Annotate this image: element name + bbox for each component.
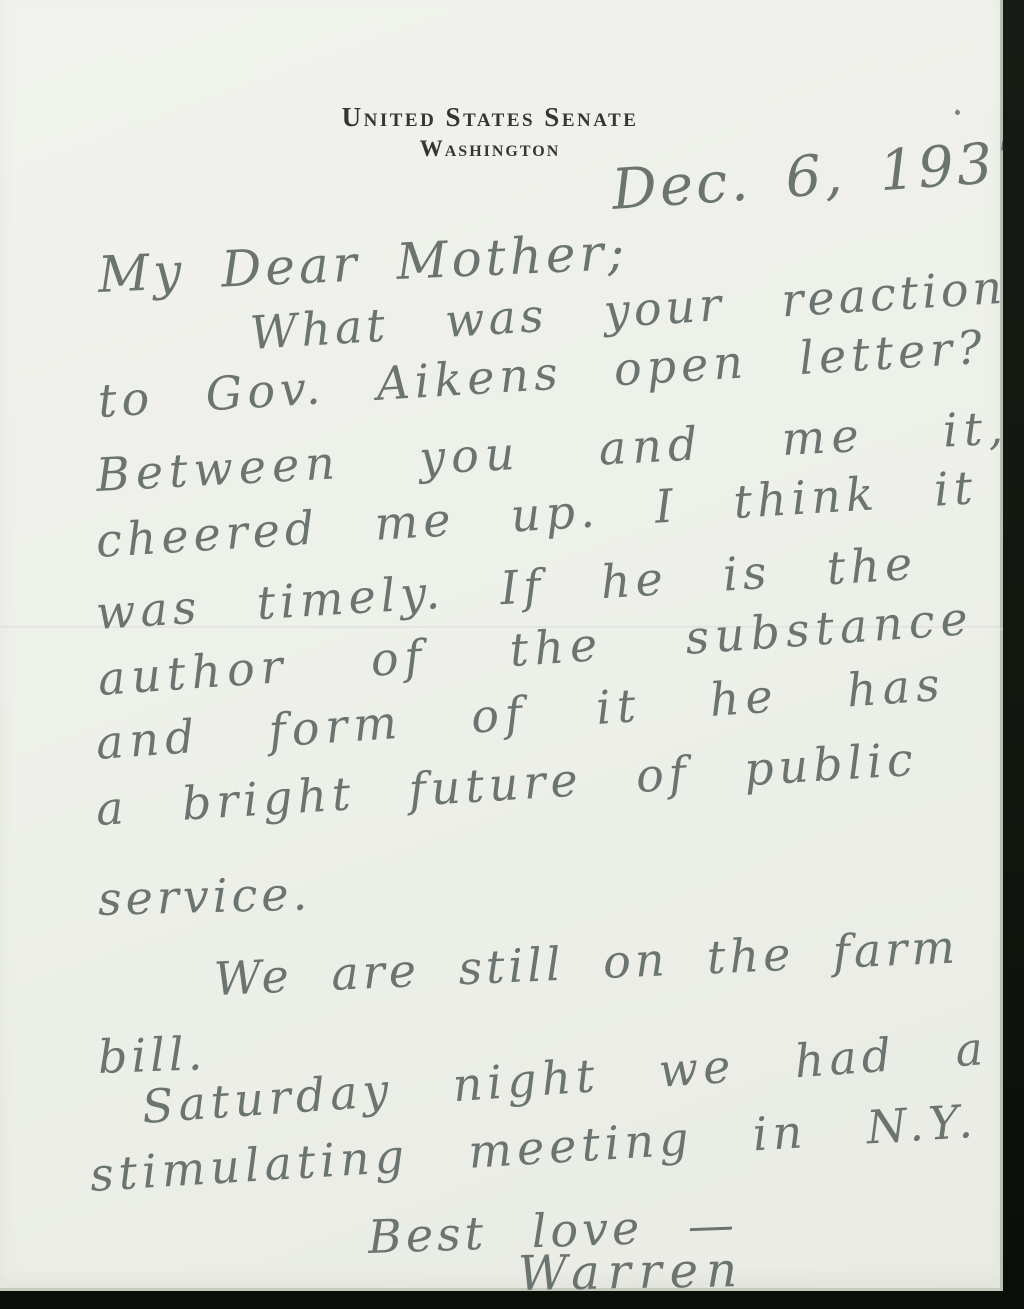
scanned-letter-background: United States Senate Washington Dec. 6, … [0, 0, 1024, 1309]
signature: Warren [518, 1242, 746, 1291]
letter-paper: United States Senate Washington Dec. 6, … [0, 0, 1003, 1291]
body-line: bill. [97, 1026, 207, 1084]
body-line: We are still on the farm [213, 920, 960, 1006]
body-line: service. [97, 866, 311, 926]
letterhead-organization: United States Senate [0, 102, 980, 133]
